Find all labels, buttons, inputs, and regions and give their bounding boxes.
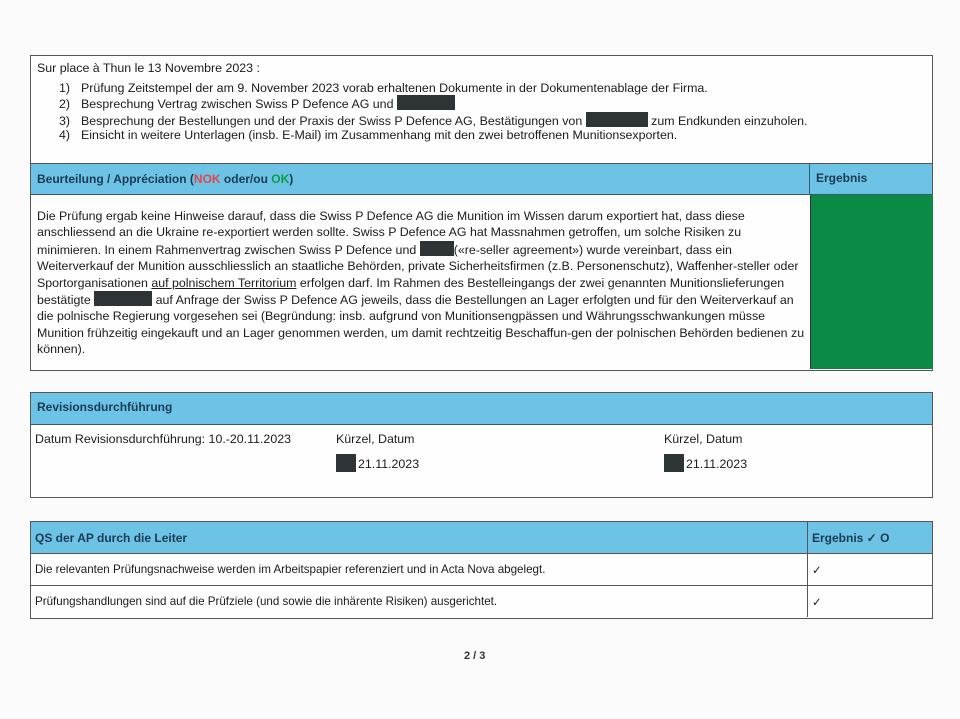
redaction-block bbox=[664, 454, 684, 472]
assessment-body: Die Prüfung ergab keine Hinweise darauf,… bbox=[37, 208, 807, 358]
revision-header: Revisionsdurchführung bbox=[31, 393, 932, 425]
result-ok-indicator bbox=[810, 195, 933, 369]
assessment-section: Beurteilung / Appréciation (NOK oder/ou … bbox=[30, 164, 933, 371]
intro-title: Sur place à Thun le 13 Novembre 2023 : bbox=[37, 61, 932, 75]
revision-section: Revisionsdurchführung Datum Revisionsdur… bbox=[30, 392, 933, 498]
intro-list: 1)Prüfung Zeitstempel der am 9. November… bbox=[37, 81, 932, 142]
qs-section: QS der AP durch die LeiterErgebnis ✓ O D… bbox=[30, 521, 933, 619]
check-icon: ✓ bbox=[808, 586, 933, 618]
intro-section: Sur place à Thun le 13 Novembre 2023 : 1… bbox=[30, 55, 933, 164]
assessment-title: Beurteilung / Appréciation (NOK oder/ou … bbox=[37, 172, 293, 186]
list-item: 4)Einsicht in weitere Unterlagen (insb. … bbox=[59, 128, 932, 142]
qs-header: QS der AP durch die Leiter bbox=[31, 522, 808, 554]
ok-label: OK bbox=[271, 172, 289, 186]
signature-2: Kürzel, Datum 21.11.2023 bbox=[664, 432, 747, 472]
assessment-header: Beurteilung / Appréciation (NOK oder/ou … bbox=[31, 164, 932, 195]
signature-1: Kürzel, Datum 21.11.2023 bbox=[336, 432, 419, 472]
list-item: 3)Besprechung der Bestellungen und der P… bbox=[59, 112, 932, 128]
page-number: 2 / 3 bbox=[464, 650, 485, 662]
redaction-block bbox=[420, 241, 454, 256]
redaction-block bbox=[336, 454, 356, 472]
check-icon: ✓ bbox=[808, 554, 933, 586]
redaction-block bbox=[397, 95, 455, 110]
redaction-block bbox=[586, 112, 648, 127]
table-row: Die relevanten Prüfungsnachweise werden … bbox=[31, 554, 932, 586]
result-header: Ergebnis bbox=[809, 164, 932, 194]
list-item: 1)Prüfung Zeitstempel der am 9. November… bbox=[59, 81, 932, 95]
qs-table: QS der AP durch die LeiterErgebnis ✓ O D… bbox=[31, 522, 932, 617]
nok-label: NOK bbox=[194, 172, 221, 186]
redaction-block bbox=[94, 291, 152, 306]
list-item: 2)Besprechung Vertrag zwischen Swiss P D… bbox=[59, 95, 932, 111]
qs-result-header: Ergebnis ✓ O bbox=[808, 522, 933, 554]
table-row: Prüfungshandlungen sind auf die Prüfziel… bbox=[31, 586, 932, 618]
revision-date: Datum Revisionsdurchführung: 10.-20.11.2… bbox=[35, 432, 291, 446]
